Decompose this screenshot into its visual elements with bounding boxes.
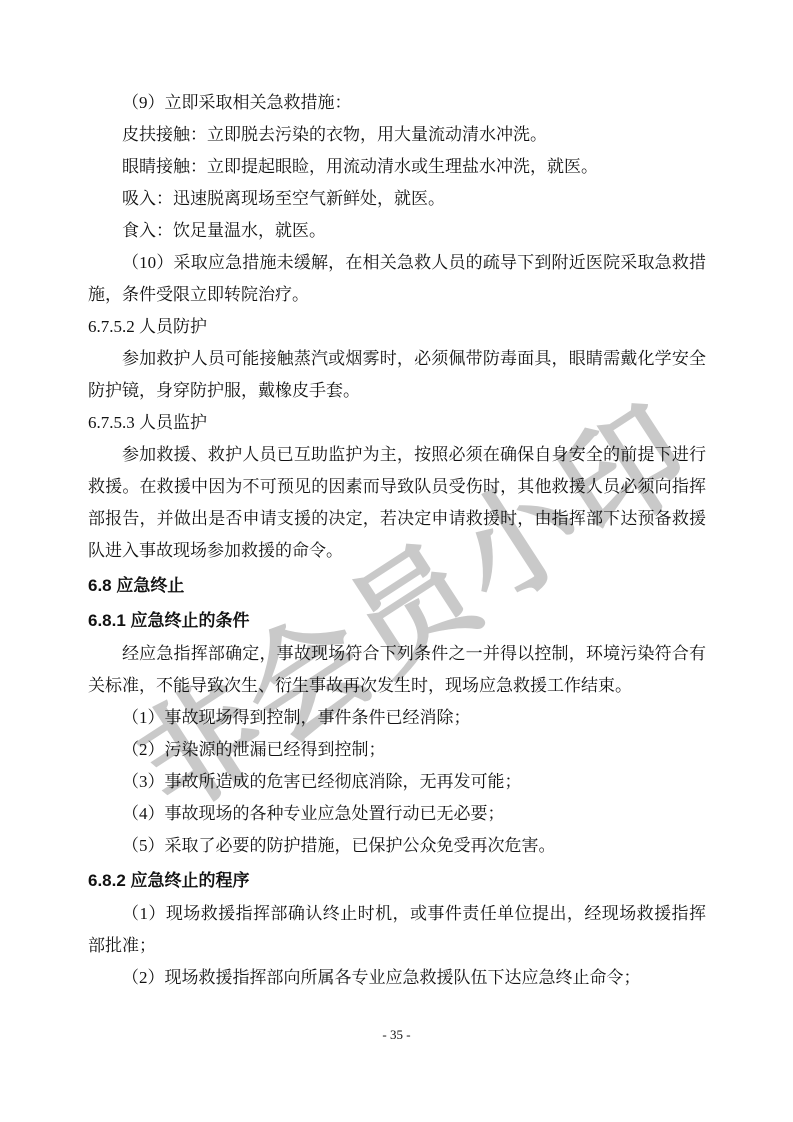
paragraph: （1）事故现场得到控制，事件条件已经消除； bbox=[88, 702, 706, 734]
paragraph: 经应急指挥部确定，事故现场符合下列条件之一并得以控制，环境污染符合有关标准，不能… bbox=[88, 638, 706, 702]
paragraph: （2）现场救援指挥部向所属各专业应急救援队伍下达应急终止命令； bbox=[88, 962, 706, 994]
paragraph: （10）采取应急措施未缓解，在相关急救人员的疏导下到附近医院采取急救措施，条件受… bbox=[88, 247, 706, 311]
paragraph: （2）污染源的泄漏已经得到控制； bbox=[88, 734, 706, 766]
paragraph: 食入：饮足量温水，就医。 bbox=[88, 215, 706, 247]
paragraph: 眼睛接触：立即提起眼睑，用流动清水或生理盐水冲洗，就医。 bbox=[88, 151, 706, 183]
page-number: - 35 - bbox=[0, 1026, 793, 1044]
paragraph: 参加救援、救护人员已互助监护为主，按照必须在确保自身安全的前提下进行救援。在救援… bbox=[88, 439, 706, 567]
paragraph: 参加救护人员可能接触蒸汽或烟雾时，必须佩带防毒面具，眼睛需戴化学安全防护镜，身穿… bbox=[88, 343, 706, 407]
paragraph: （3）事故所造成的危害已经彻底消除，无再发可能； bbox=[88, 766, 706, 798]
subsection-heading: 6.7.5.3 人员监护 bbox=[88, 407, 706, 439]
paragraph: （9）立即采取相关急救措施： bbox=[88, 87, 706, 119]
paragraph: （5）采取了必要的防护措施，已保护公众免受再次危害。 bbox=[88, 830, 706, 862]
section-heading: 6.8 应急终止 bbox=[88, 570, 706, 602]
paragraph: 皮扶接触：立即脱去污染的衣物，用大量流动清水冲洗。 bbox=[88, 119, 706, 151]
paragraph: 吸入：迅速脱离现场至空气新鲜处，就医。 bbox=[88, 183, 706, 215]
section-heading: 6.8.2 应急终止的程序 bbox=[88, 865, 706, 897]
document-content: （9）立即采取相关急救措施：皮扶接触：立即脱去污染的衣物，用大量流动清水冲洗。眼… bbox=[88, 87, 706, 994]
paragraph: （4）事故现场的各种专业应急处置行动已无必要； bbox=[88, 798, 706, 830]
subsection-heading: 6.7.5.2 人员防护 bbox=[88, 311, 706, 343]
paragraph: （1）现场救援指挥部确认终止时机，或事件责任单位提出，经现场救援指挥部批准； bbox=[88, 898, 706, 962]
document-page: 非会员小印 （9）立即采取相关急救措施：皮扶接触：立即脱去污染的衣物，用大量流动… bbox=[0, 0, 793, 1122]
section-heading: 6.8.1 应急终止的条件 bbox=[88, 605, 706, 637]
